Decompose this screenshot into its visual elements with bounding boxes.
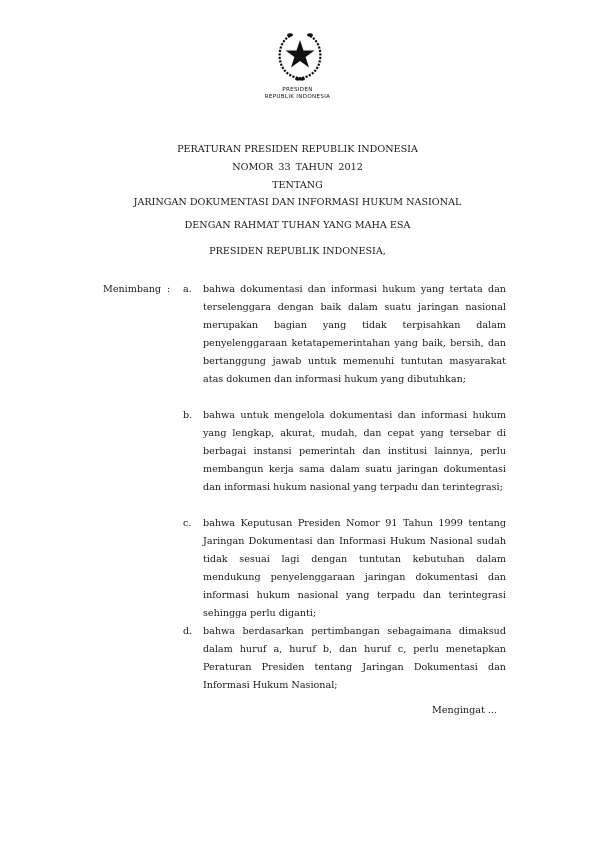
item-letter: a.: [183, 281, 203, 299]
regulation-title: PERATURAN PRESIDEN REPUBLIK INDONESIA: [0, 144, 595, 156]
menimbang-colon: :: [167, 281, 170, 299]
item-text: bahwa Keputusan Presiden Nomor 91 Tahun …: [203, 515, 506, 624]
preamble-divine: DENGAN RAHMAT TUHAN YANG MAHA ESA: [0, 220, 595, 232]
emblem-caption-presiden: PRESIDEN: [0, 87, 595, 94]
emblem-caption-republik: REPUBLIK INDONESIA: [0, 94, 595, 101]
item-letter: c.: [183, 515, 203, 533]
item-letter: b.: [183, 407, 203, 425]
regulation-tentang: TENTANG: [0, 180, 595, 192]
preamble-president: PRESIDEN REPUBLIK INDONESIA,: [0, 246, 595, 258]
item-text: bahwa untuk mengelola dokumentasi dan in…: [203, 407, 506, 497]
item-letter: d.: [183, 623, 203, 641]
item-text: bahwa dokumentasi dan informasi hukum ya…: [203, 281, 506, 390]
menimbang-label: Menimbang: [103, 281, 161, 299]
page-continuation: Mengingat ...: [432, 705, 497, 716]
regulation-subject: JARINGAN DOKUMENTASI DAN INFORMASI HUKUM…: [0, 197, 595, 209]
item-text: bahwa berdasarkan pertimbangan sebagaima…: [203, 623, 506, 695]
regulation-number: NOMOR 33 TAHUN 2012: [0, 162, 595, 174]
presidential-emblem-icon: [268, 28, 332, 86]
